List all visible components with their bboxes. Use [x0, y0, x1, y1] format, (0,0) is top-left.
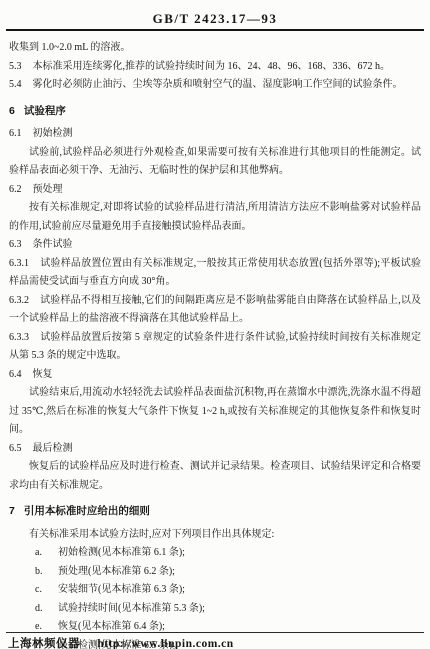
section-heading: 7引用本标准时应给出的细则 — [9, 502, 421, 521]
list-item: b.预处理(见本标准第 6.2 条); — [9, 563, 421, 582]
paragraph: 试验结束后,用流动水轻轻洗去试验样品表面盐沉积物,再在蒸馏水中漂洗,洗涤水温不得… — [9, 384, 421, 440]
clause: 6.1初始检测 — [9, 125, 421, 144]
section-title: 试验程序 — [24, 105, 66, 117]
paragraph: 有关标准采用本试验方法时,应对下列项目作出具体规定: — [9, 526, 421, 545]
standard-number: GB/T 2423.17—93 — [0, 11, 430, 26]
paragraph: 试验前,试验样品必须进行外观检查,如果需要可按有关标准进行其他项目的性能测定。试… — [9, 144, 421, 181]
document-page: GB/T 2423.17—93 收集到 1.0~2.0 mL 的溶液。5.3本标… — [0, 0, 430, 649]
document-header: GB/T 2423.17—93 — [0, 0, 430, 31]
clause-number: 6.5 — [9, 443, 22, 454]
clause-text: 预处理 — [33, 184, 63, 195]
clause-number: 6.3 — [9, 239, 22, 250]
section-number: 6 — [9, 105, 15, 117]
clause: 5.3本标准采用连续雾化,推荐的试验持续时间为 16、24、48、96、168、… — [9, 58, 421, 77]
clause: 6.2预处理 — [9, 181, 421, 200]
clause-text: 试验样品放置后按第 5 章规定的试验条件进行条件试验,试验持续时间按有关标准规定… — [9, 332, 421, 362]
clause-text: 雾化时必须防止油污、尘埃等杂质和喷射空气的温、湿度影响工作空间的试验条件。 — [33, 79, 403, 90]
clause-text: 初始检测 — [33, 128, 73, 139]
clause-number: 5.4 — [9, 79, 22, 90]
clause-number: 6.3.3 — [9, 332, 29, 343]
list-text: 预处理(见本标准第 6.2 条); — [58, 563, 421, 582]
paragraph: 按有关标准规定,对即将试验的试验样品进行清洁,所用清洁方法应不影响盐雾对试验样品… — [9, 199, 421, 236]
paragraph: 恢复后的试验样品应及时进行检查、测试并记录结果。检查项目、试验结果评定和合格要求… — [9, 458, 421, 495]
footer-url: http://www.linpin.com.cn — [97, 638, 233, 649]
clause-text: 试验样品不得相互接触,它们的间隔距离应是不影响盐雾能自由降落在试验样品上,以及一… — [9, 295, 421, 325]
list-letter: a. — [35, 544, 58, 563]
section-heading: 6试验程序 — [9, 102, 421, 121]
list-item: d.试验持续时间(见本标准第 5.3 条); — [9, 600, 421, 619]
clause: 6.4恢复 — [9, 366, 421, 385]
clause-number: 6.1 — [9, 128, 22, 139]
document-footer: 上海林频仪器 http://www.linpin.com.cn — [0, 632, 430, 649]
list-letter: b. — [35, 563, 58, 582]
list-text: 安装细节(见本标准第 6.3 条); — [58, 581, 421, 600]
clause: 6.3.1试验样品放置位置由有关标准规定,一般按其正常使用状态放置(包括外罩等)… — [9, 255, 421, 292]
clause: 6.3.2试验样品不得相互接触,它们的间隔距离应是不影响盐雾能自由降落在试验样品… — [9, 292, 421, 329]
clause: 6.3条件试验 — [9, 236, 421, 255]
clause-number: 6.2 — [9, 184, 22, 195]
clause: 6.5最后检测 — [9, 440, 421, 459]
list-letter: d. — [35, 600, 58, 619]
list-item: a.初始检测(见本标准第 6.1 条); — [9, 544, 421, 563]
section-title: 引用本标准时应给出的细则 — [24, 505, 150, 517]
clause-text: 条件试验 — [33, 239, 73, 250]
list-text: 初始检测(见本标准第 6.1 条); — [58, 544, 421, 563]
clause-text: 试验样品放置位置由有关标准规定,一般按其正常使用状态放置(包括外罩等);平板试验… — [9, 258, 421, 288]
clause: 6.3.3试验样品放置后按第 5 章规定的试验条件进行条件试验,试验持续时间按有… — [9, 329, 421, 366]
clause-text: 最后检测 — [33, 443, 73, 454]
list-text: 试验持续时间(见本标准第 5.3 条); — [58, 600, 421, 619]
clause-number: 6.3.2 — [9, 295, 29, 306]
clause-number: 6.4 — [9, 369, 22, 380]
list-letter: c. — [35, 581, 58, 600]
footer-company: 上海林频仪器 — [8, 638, 80, 649]
clause-number: 5.3 — [9, 61, 22, 72]
footer-line: 上海林频仪器 http://www.linpin.com.cn — [0, 633, 430, 649]
clause-text: 恢复 — [33, 369, 53, 380]
clause-text: 本标准采用连续雾化,推荐的试验持续时间为 16、24、48、96、168、336… — [33, 61, 391, 72]
list-item: c.安装细节(见本标准第 6.3 条); — [9, 581, 421, 600]
paragraph: 收集到 1.0~2.0 mL 的溶液。 — [9, 39, 421, 58]
clause: 5.4雾化时必须防止油污、尘埃等杂质和喷射空气的温、湿度影响工作空间的试验条件。 — [9, 76, 421, 95]
clause-number: 6.3.1 — [9, 258, 29, 269]
document-body: 收集到 1.0~2.0 mL 的溶液。5.3本标准采用连续雾化,推荐的试验持续时… — [0, 31, 430, 649]
section-number: 7 — [9, 505, 15, 517]
